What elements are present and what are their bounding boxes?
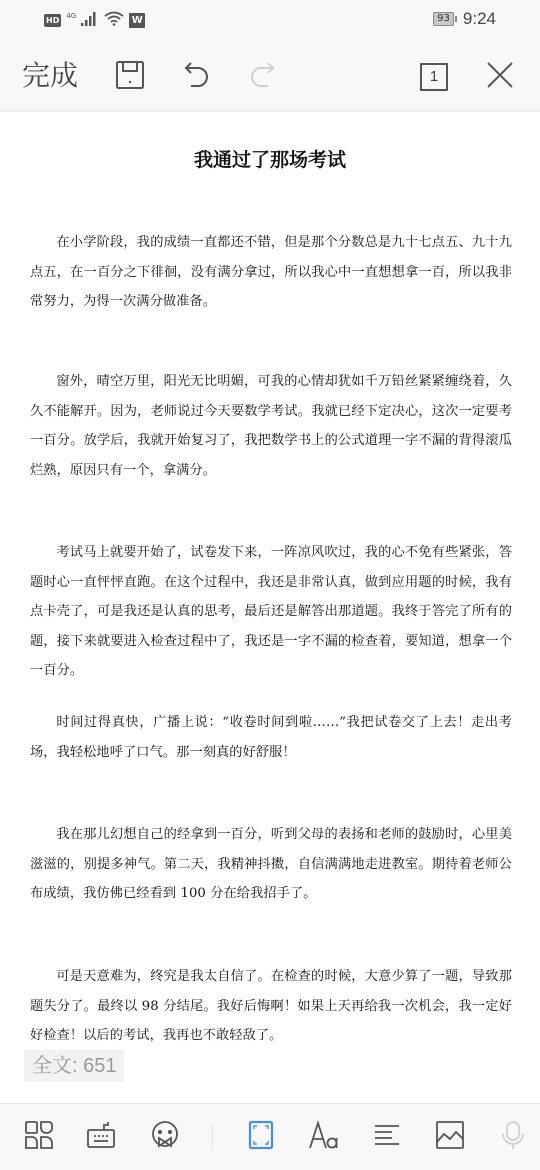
font-style-icon: [308, 1120, 340, 1154]
save-icon: [115, 60, 145, 94]
keyboard-button[interactable]: [84, 1120, 118, 1154]
status-right: 93 9:24: [433, 9, 496, 29]
app-notification-icon: W: [129, 13, 145, 28]
document-title[interactable]: 我通过了那场考试: [0, 145, 540, 172]
font-style-button[interactable]: [307, 1120, 341, 1154]
apps-icon: [24, 1120, 54, 1154]
voice-input-button[interactable]: [496, 1120, 530, 1154]
done-button[interactable]: 完成: [22, 58, 78, 94]
editor-toolbar: 完成 1: [0, 40, 540, 112]
paragraph[interactable]: 时间过得真快，广播上说：“收卷时间到啦……”我把试卷交了上去！走出考场，我轻松地…: [30, 708, 512, 767]
network-type: 4G: [66, 12, 76, 20]
paragraph[interactable]: 可是天意难为，终究是我太自信了。在检查的时候，大意少算了一题，导致那题失分了。最…: [30, 962, 512, 1051]
page-count-number: 1: [430, 68, 438, 85]
paragraph[interactable]: 我在那儿幻想自己的经拿到一百分，听到父母的表扬和老师的鼓励时，心里美滋滋的，别提…: [30, 820, 512, 909]
emoji-button[interactable]: [148, 1120, 182, 1154]
status-left: HD 4G W: [44, 12, 145, 28]
paragraph[interactable]: 窗外，晴空万里，阳光无比明媚，可我的心情却犹如千万铅丝紧紧缠绕着，久久不能解开。…: [30, 367, 512, 485]
wifi-icon: [104, 11, 124, 30]
keyboard-icon: [86, 1120, 116, 1154]
document-canvas[interactable]: 我通过了那场考试 在小学阶段，我的成绩一直都还不错，但是那个分数总是九十七点五、…: [0, 115, 540, 1103]
undo-button[interactable]: [180, 60, 214, 94]
battery-level: 93: [433, 12, 454, 26]
redo-icon: [247, 60, 277, 94]
emoji-icon: [150, 1120, 180, 1154]
redo-button[interactable]: [245, 60, 279, 94]
paragraph[interactable]: 在小学阶段，我的成绩一直都还不错，但是那个分数总是九十七点五、九十九点五，在一百…: [30, 228, 512, 317]
page-count-icon: 1: [420, 63, 448, 91]
fullscreen-icon: [246, 1120, 276, 1154]
battery-icon: 93: [433, 12, 457, 26]
save-button[interactable]: [113, 60, 147, 94]
microphone-icon: [498, 1120, 528, 1154]
close-button[interactable]: [483, 60, 517, 94]
toolbar-divider: [212, 1124, 213, 1150]
word-count-badge[interactable]: 全文: 651: [24, 1050, 124, 1082]
battery-tip: [455, 16, 457, 22]
signal-icon: [81, 11, 99, 30]
close-icon: [485, 60, 515, 94]
apps-button[interactable]: [22, 1120, 56, 1154]
fullscreen-button[interactable]: [244, 1120, 278, 1154]
clock: 9:24: [463, 9, 496, 29]
bottom-toolbar: [0, 1103, 540, 1170]
insert-image-icon: [435, 1120, 465, 1154]
status-bar: HD 4G W 93 9:24: [0, 0, 540, 40]
paragraph[interactable]: 考试马上就要开始了，试卷发下来，一阵凉风吹过，我的心不免有些紧张，答题时心一直怦…: [30, 538, 512, 686]
insert-image-button[interactable]: [433, 1120, 467, 1154]
paragraph-align-icon: [372, 1120, 402, 1154]
page-count-button[interactable]: 1: [417, 60, 451, 94]
hd-badge: HD: [44, 14, 61, 27]
paragraph-align-button[interactable]: [370, 1120, 404, 1154]
undo-icon: [182, 60, 212, 94]
